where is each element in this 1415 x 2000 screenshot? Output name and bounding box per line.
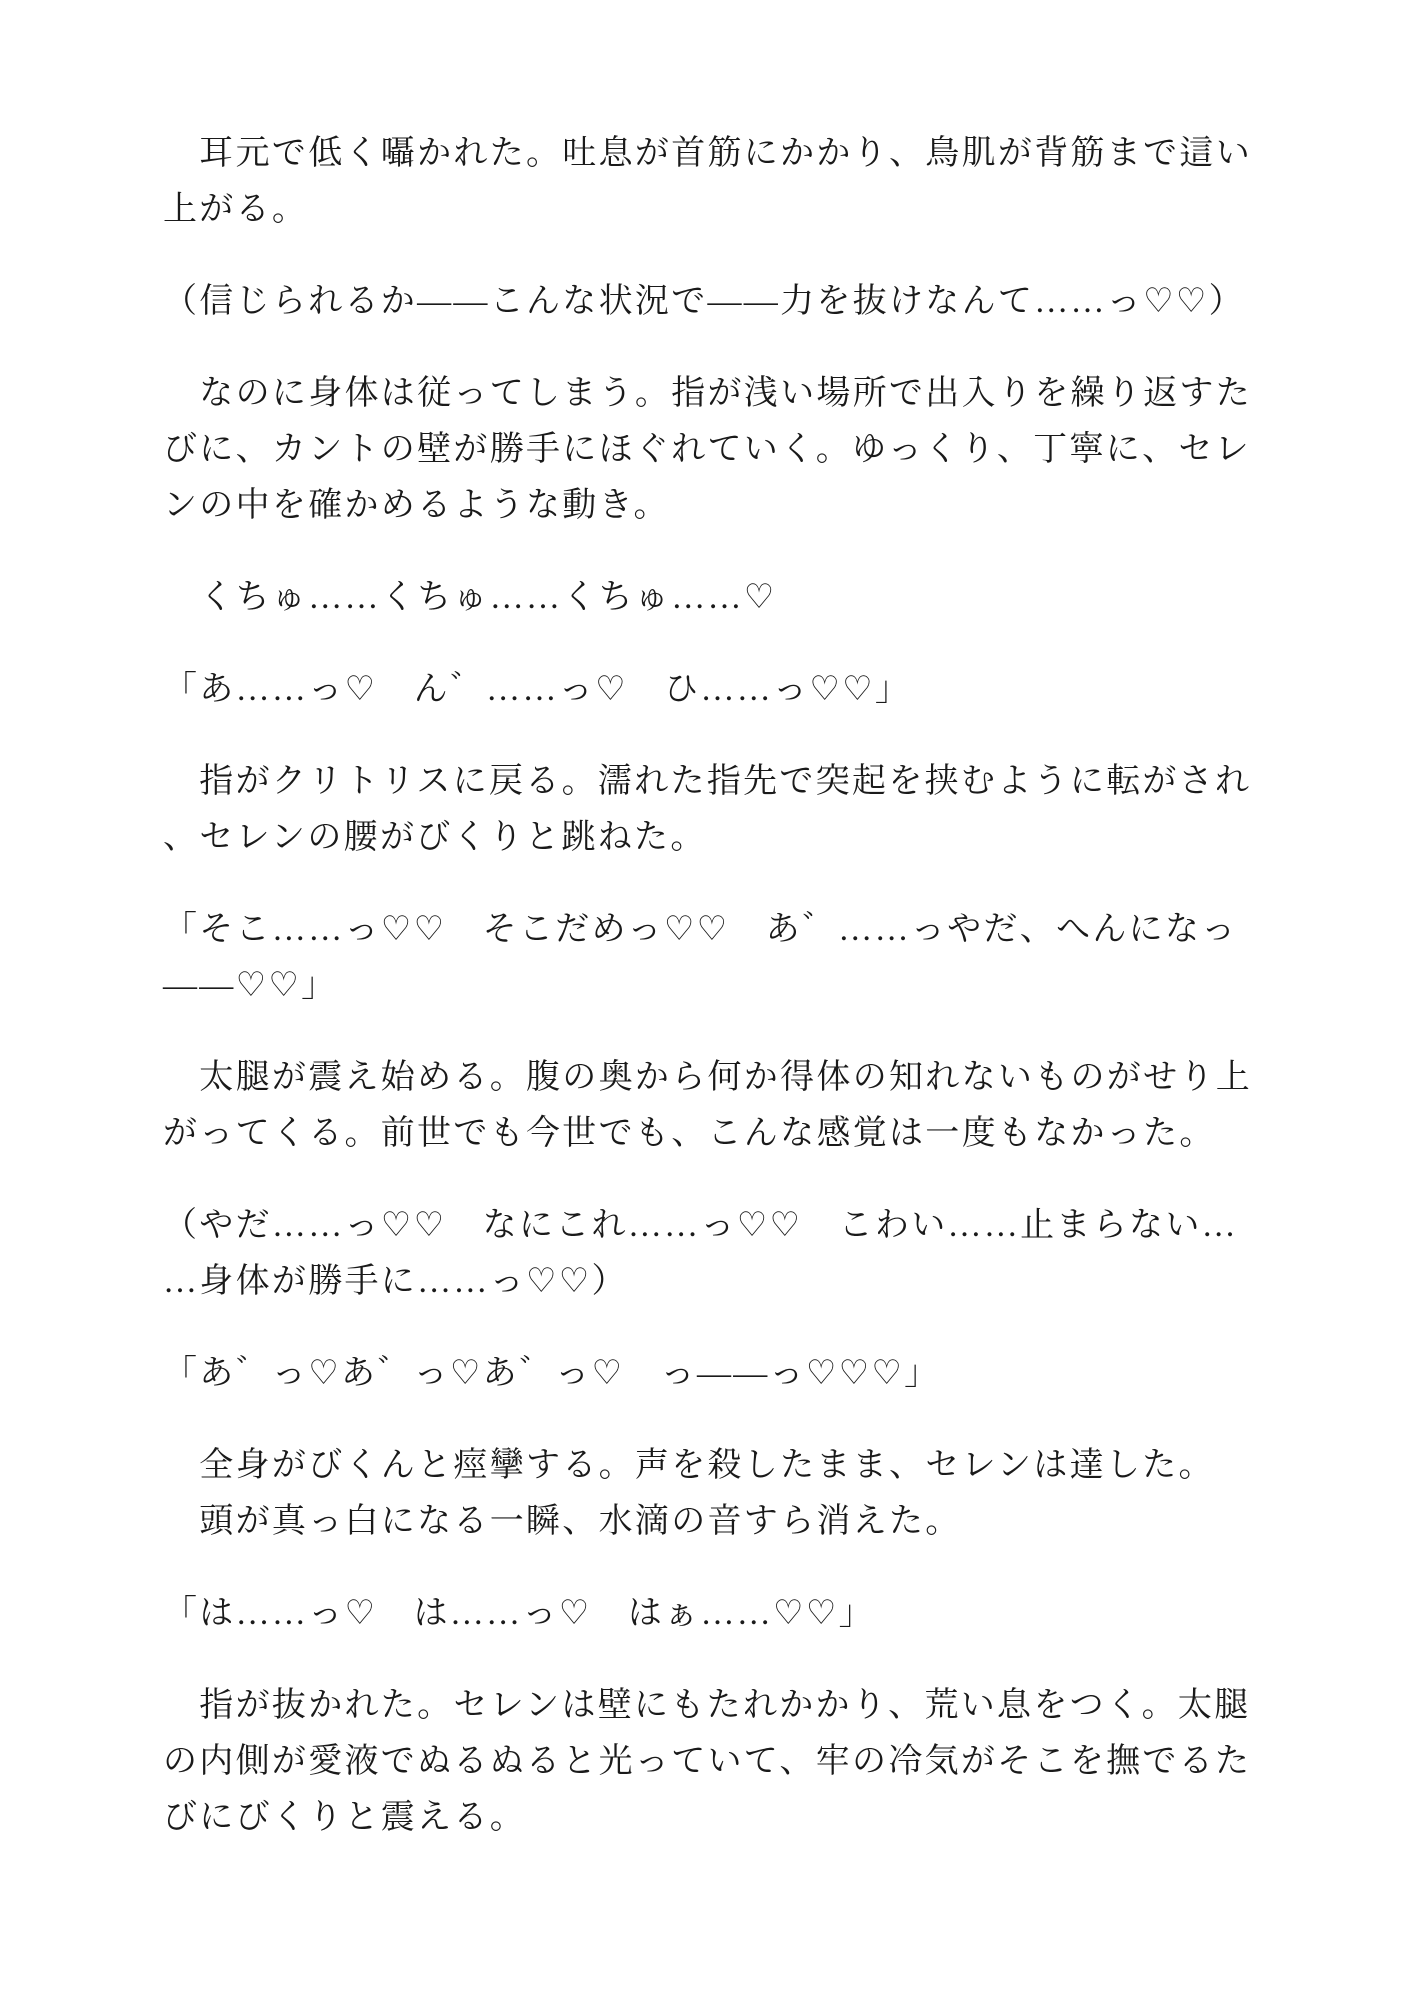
text-line: の内側が愛液でぬるぬると光っていて、牢の冷気がそこを撫でるた — [163, 1734, 1295, 1790]
paragraph: 耳元で低く囁かれた。吐息が首筋にかかり、鳥肌が背筋まで這い 上がる。 — [163, 126, 1295, 238]
text-line: 上がる。 — [163, 182, 1295, 238]
text-line: 「あ……っ♡ ん゛……っ♡ ひ……っ♡♡」 — [163, 662, 1295, 718]
text-line: （信じられるか――こんな状況で――力を抜けなんて……っ♡♡） — [163, 274, 1295, 330]
text-line: 全身がびくんと痙攣する。声を殺したまま、セレンは達した。 — [163, 1438, 1295, 1494]
paragraph: なのに身体は従ってしまう。指が浅い場所で出入りを繰り返すた びに、カントの壁が勝… — [163, 366, 1295, 534]
paragraph: 太腿が震え始める。腹の奥から何か得体の知れないものがせり上 がってくる。前世でも… — [163, 1050, 1295, 1162]
text-line: ンの中を確かめるような動き。 — [163, 478, 1295, 534]
paragraph: 指がクリトリスに戻る。濡れた指先で突起を挟むように転がされ 、セレンの腰がびくり… — [163, 754, 1295, 866]
paragraph: 「は……っ♡ は……っ♡ はぁ……♡♡」 — [163, 1586, 1295, 1642]
text-line: …身体が勝手に……っ♡♡） — [163, 1254, 1295, 1310]
text-line: びに、カントの壁が勝手にほぐれていく。ゆっくり、丁寧に、セレ — [163, 422, 1295, 478]
document-page: 耳元で低く囁かれた。吐息が首筋にかかり、鳥肌が背筋まで這い 上がる。 （信じられ… — [0, 0, 1415, 2000]
paragraph: 「あ゛っ♡あ゛っ♡あ゛っ♡ っ――っ♡♡♡」 — [163, 1346, 1295, 1402]
text-line: 耳元で低く囁かれた。吐息が首筋にかかり、鳥肌が背筋まで這い — [163, 126, 1295, 182]
text-line: びにびくりと震える。 — [163, 1790, 1295, 1846]
text-line: 指がクリトリスに戻る。濡れた指先で突起を挟むように転がされ — [163, 754, 1295, 810]
text-line: （やだ……っ♡♡ なにこれ……っ♡♡ こわい……止まらない… — [163, 1198, 1295, 1254]
text-line: 「あ゛っ♡あ゛っ♡あ゛っ♡ っ――っ♡♡♡」 — [163, 1346, 1295, 1402]
text-line: 頭が真っ白になる一瞬、水滴の音すら消えた。 — [163, 1494, 1295, 1550]
text-line: なのに身体は従ってしまう。指が浅い場所で出入りを繰り返すた — [163, 366, 1295, 422]
paragraph: 指が抜かれた。セレンは壁にもたれかかり、荒い息をつく。太腿 の内側が愛液でぬるぬ… — [163, 1678, 1295, 1846]
text-line: 「は……っ♡ は……っ♡ はぁ……♡♡」 — [163, 1586, 1295, 1642]
paragraph: 全身がびくんと痙攣する。声を殺したまま、セレンは達した。 頭が真っ白になる一瞬、… — [163, 1438, 1295, 1550]
paragraph: くちゅ……くちゅ……くちゅ……♡ — [163, 570, 1295, 626]
paragraph: （やだ……っ♡♡ なにこれ……っ♡♡ こわい……止まらない… …身体が勝手に……… — [163, 1198, 1295, 1310]
text-line: がってくる。前世でも今世でも、こんな感覚は一度もなかった。 — [163, 1106, 1295, 1162]
text-line: くちゅ……くちゅ……くちゅ……♡ — [163, 570, 1295, 626]
text-line: 太腿が震え始める。腹の奥から何か得体の知れないものがせり上 — [163, 1050, 1295, 1106]
paragraph: 「あ……っ♡ ん゛……っ♡ ひ……っ♡♡」 — [163, 662, 1295, 718]
paragraph: （信じられるか――こんな状況で――力を抜けなんて……っ♡♡） — [163, 274, 1295, 330]
text-line: 、セレンの腰がびくりと跳ねた。 — [163, 810, 1295, 866]
text-line: ――♡♡」 — [163, 958, 1295, 1014]
text-line: 「そこ……っ♡♡ そこだめっ♡♡ あ゛……っやだ、へんになっ — [163, 902, 1295, 958]
paragraph: 「そこ……っ♡♡ そこだめっ♡♡ あ゛……っやだ、へんになっ ――♡♡」 — [163, 902, 1295, 1014]
text-line: 指が抜かれた。セレンは壁にもたれかかり、荒い息をつく。太腿 — [163, 1678, 1295, 1734]
